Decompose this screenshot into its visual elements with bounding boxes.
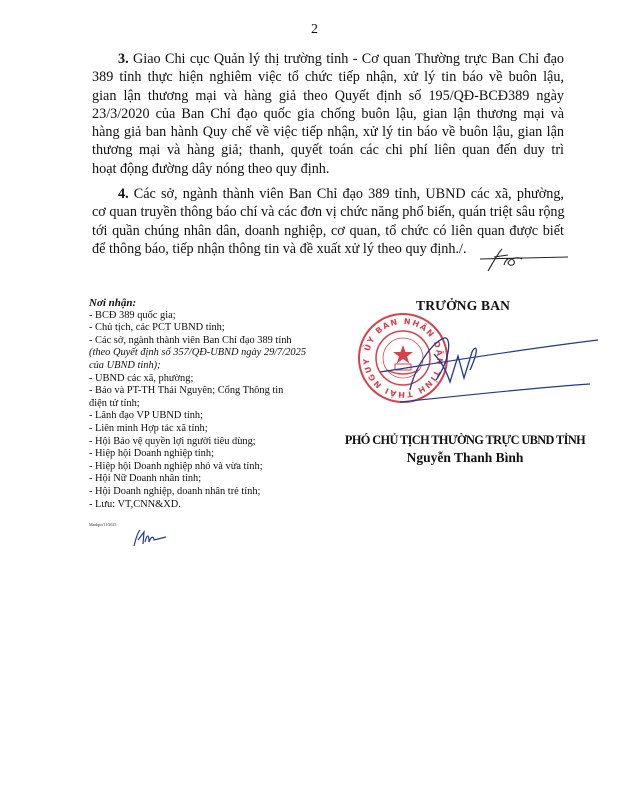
signer-position: PHÓ CHỦ TỊCH THƯỜNG TRỰC UBND TỈNH [320,433,610,448]
paragraph-3-line-4: 23/3/2020 của Ban Chỉ đạo quốc gia chống… [92,105,564,123]
paragraph-3-line-3: gian lận thương mại và hàng giả theo Quy… [92,87,564,105]
signature-icon [380,330,600,410]
paragraph-3-line-5: hàng giả ban hành Quy chế về việc tiếp n… [92,123,564,141]
recipient-item: - Hiệp hội Doanh nghiệp nhỏ và vừa tỉnh; [89,461,319,474]
paragraph-3-line-6: thương mại và hàng giả; thanh, quyết toá… [92,141,564,159]
recipient-item: - BCĐ 389 quốc gia; [89,310,319,323]
paragraph-4-number: 4. [118,186,129,202]
paragraph-4-line-1: 4. Các sở, ngành thành viên Ban Chỉ đạo … [92,185,564,203]
recipient-item: - Các sở, ngành thành viên Ban Chỉ đạo 3… [89,335,319,348]
recipient-item: - Hội Doanh nghiệp, doanh nhân trẻ tỉnh; [89,486,319,499]
recipient-item: - Liên minh Hợp tác xã tỉnh; [89,423,319,436]
page-number: 2 [0,22,629,38]
recipient-item: - Lưu: VT,CNN&XD. [89,499,319,512]
initial-mark-icon [480,245,570,273]
recipient-item: - Hội Nữ Doanh nhân tỉnh; [89,473,319,486]
recipient-item: - Hội Bảo vệ quyền lợi người tiêu dùng; [89,436,319,449]
recipient-item: - Hiệp hội Doanh nghiệp tỉnh; [89,448,319,461]
recipient-item: - Báo và PT-TH Thái Nguyên; Cổng Thông t… [89,385,319,398]
paragraph-4-line-3: tới quần chúng nhân dân, doanh nghiệp, c… [92,222,564,240]
recipient-item: của UBND tỉnh); [89,360,319,373]
paragraph-3: 3. Giao Chi cục Quản lý thị trường tỉnh … [92,50,564,178]
signer-name: Nguyễn Thanh Bình [320,450,610,466]
file-code: Manhpo/11/2025 [89,522,116,527]
paragraph-4-line-2: cơ quan truyền thông báo chí và các đơn … [92,203,564,221]
recipient-item: - UBND các xã, phường; [89,373,319,386]
initials-signature-icon [130,528,170,548]
recipients-items: - BCĐ 389 quốc gia;- Chủ tịch, các PCT U… [89,310,319,512]
recipient-item: - Chủ tịch, các PCT UBND tỉnh; [89,322,319,335]
recipients-list: Nơi nhận: - BCĐ 389 quốc gia;- Chủ tịch,… [89,297,319,511]
paragraph-3-number: 3. [118,51,129,67]
recipient-item: - Lãnh đạo VP UBND tỉnh; [89,410,319,423]
recipients-header: Nơi nhận: [89,297,319,310]
paragraph-3-line-2: 389 tỉnh thực hiện nghiêm việc tổ chức t… [92,68,564,86]
paragraph-3-line-1: 3. Giao Chi cục Quản lý thị trường tỉnh … [92,50,564,68]
recipient-item: điện tử tỉnh; [89,398,319,411]
recipient-item: (theo Quyết định số 357/QĐ-UBND ngày 29/… [89,347,319,360]
paragraph-3-line-7: hoạt động đường dây nóng theo quy định. [92,160,564,178]
